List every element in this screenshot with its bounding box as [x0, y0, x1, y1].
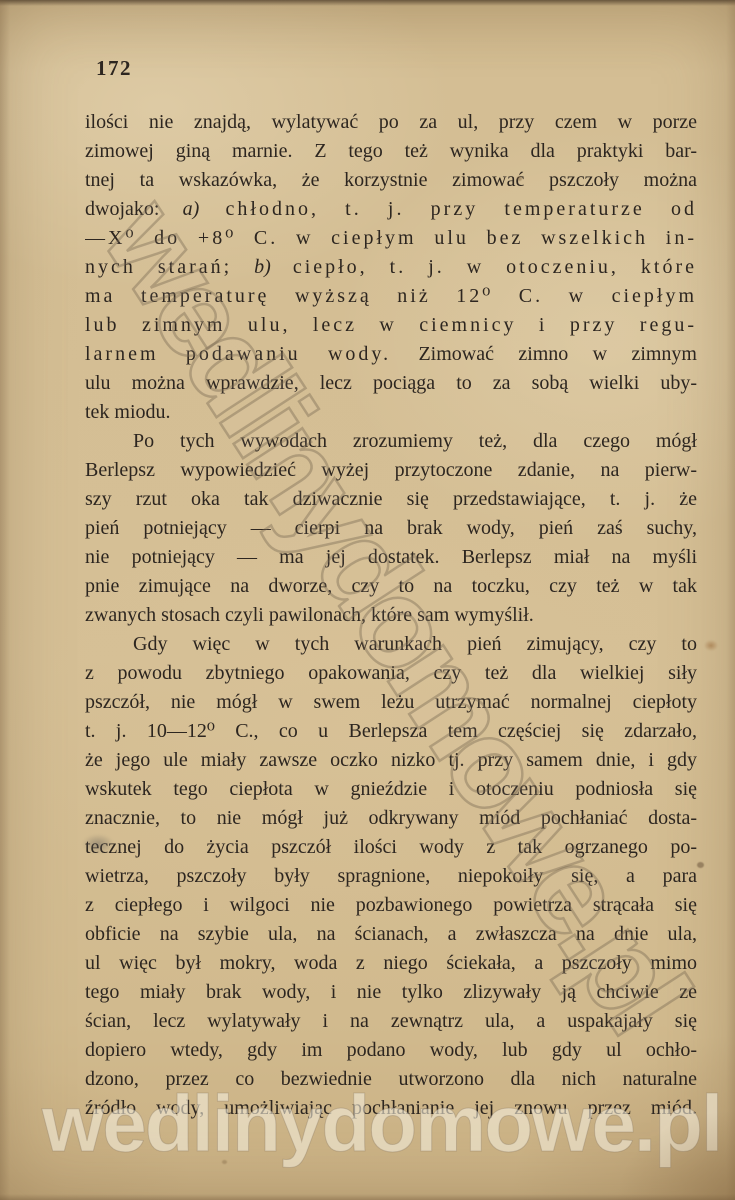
text-line: pnie zimujące na dworze, czy to na toczk… — [85, 572, 697, 601]
text-segment-normal: pszczół, nie mógł w swem leżu utrzymać n… — [85, 691, 697, 713]
text-segment-normal: wietrza, pszczoły były spragnione, niepo… — [85, 865, 697, 887]
text-segment-normal: ulu można wprawdzie, lecz pociąga to za … — [85, 372, 697, 394]
book-page-scan: 172 ilości nie znajdą, wylatywać po za u… — [0, 0, 735, 1200]
text-line: tek miodu. — [85, 398, 697, 427]
text-line: ulu można wprawdzie, lecz pociąga to za … — [85, 369, 697, 398]
text-line: tnej ta wskazówka, że korzystnie zimować… — [85, 166, 697, 195]
text-segment-normal: Po tych wywodach zrozumiemy też, dla cze… — [133, 430, 697, 452]
text-line: z ciepłego i wilgoci nie pozbawionego po… — [85, 891, 697, 920]
text-segment-normal: ilości nie znajdą, wylatywać po za ul, p… — [85, 111, 697, 133]
text-segment-normal: tego miały brak wody, i nie tylko zlizyw… — [85, 981, 697, 1003]
text-segment-normal: tnej ta wskazówka, że korzystnie zimować… — [85, 169, 697, 191]
text-line: ma temperaturę wyższą niż 12⁰ C. w ciepł… — [85, 282, 697, 311]
text-line: szy rzut oka tak dziwacznie się przedsta… — [85, 485, 697, 514]
text-segment-normal: szy rzut oka tak dziwacznie się przedsta… — [85, 488, 697, 510]
text-line: ilości nie znajdą, wylatywać po za ul, p… — [85, 108, 697, 137]
paragraph: Po tych wywodach zrozumiemy też, dla cze… — [85, 427, 697, 630]
text-segment-normal: Zimować zimno w zimnym — [418, 343, 697, 365]
text-segment-normal: t. j. 10—12⁰ C., co u Berlepsza tem częś… — [85, 720, 697, 742]
text-line: z powodu zbytniego opakowania, czy też d… — [85, 659, 697, 688]
text-line: że jego ule miały zawsze oczko nizko tj.… — [85, 746, 697, 775]
text-line: Berlepsz wypowiedzieć wyżej przytoczone … — [85, 456, 697, 485]
page-top-edge-shadow — [0, 0, 735, 6]
page-left-edge-shadow — [0, 0, 10, 1200]
text-segment-normal: znacznie, to nie mógł już odkrywany miód… — [85, 807, 697, 829]
page-body: ilości nie znajdą, wylatywać po za ul, p… — [85, 108, 697, 1123]
text-line: ścian, lecz wylatywały i na zewnątrz ula… — [85, 1007, 697, 1036]
text-line: t. j. 10—12⁰ C., co u Berlepsza tem częś… — [85, 717, 697, 746]
text-segment-normal: dopiero wtedy, gdy im podano wody, lub g… — [85, 1039, 697, 1061]
page-number: 172 — [96, 56, 132, 81]
text-line: dzono, przez co bezwiednie utworzono dla… — [85, 1065, 697, 1094]
text-segment-normal: z ciepłego i wilgoci nie pozbawionego po… — [85, 894, 697, 916]
text-line: wskutek tego ciepłota w gnieździe i otoc… — [85, 775, 697, 804]
text-segment-italic: a) — [183, 198, 200, 220]
text-segment-normal: dwojako: — [85, 198, 183, 220]
text-segment-normal: Berlepsz wypowiedzieć wyżej przytoczone … — [85, 459, 697, 481]
text-segment-spaced: chłodno, t. j. przy temperaturze od — [199, 198, 697, 220]
text-line: larnem podawaniu wody. Zimować zimno w z… — [85, 340, 697, 369]
text-segment-spaced: ciepło, t. j. w otoczeniu, które — [271, 256, 697, 278]
text-segment-normal: nie potniejący — ma jej dostatek. Berlep… — [85, 546, 697, 568]
paper-stain — [615, 1110, 735, 1200]
text-line: nych starań; b) ciepło, t. j. w otoczeni… — [85, 253, 697, 282]
text-line: znacznie, to nie mógł już odkrywany miód… — [85, 804, 697, 833]
text-line: dopiero wtedy, gdy im podano wody, lub g… — [85, 1036, 697, 1065]
paper-stain — [704, 640, 718, 651]
text-segment-normal: źródło wody, umożliwiając pochłanianie j… — [85, 1097, 697, 1119]
paragraph: ilości nie znajdą, wylatywać po za ul, p… — [85, 108, 697, 427]
text-segment-spaced: lub zimnym ulu, lecz w ciemnicy i przy r… — [85, 314, 697, 336]
text-line: ul więc był mokry, woda z niego ściekała… — [85, 949, 697, 978]
text-line: —X⁰ do +8⁰ C. w ciepłym ulu bez wszelkic… — [85, 224, 697, 253]
paragraph: Gdy więc w tych warunkach pień zimujący,… — [85, 630, 697, 1123]
text-segment-normal: zimowej giną marnie. Z tego też wynika d… — [85, 140, 697, 162]
text-segment-normal: pień potniejący — cierpi na brak wody, p… — [85, 517, 697, 539]
text-segment-normal: tecznej do życia pszczół ilości wody z t… — [85, 836, 697, 858]
text-line: nie potniejący — ma jej dostatek. Berlep… — [85, 543, 697, 572]
text-segment-normal: pnie zimujące na dworze, czy to na toczk… — [85, 575, 697, 597]
paper-stain — [222, 1160, 227, 1164]
text-segment-normal: wskutek tego ciepłota w gnieździe i otoc… — [85, 778, 697, 800]
page-right-edge-shadow — [726, 0, 735, 1200]
text-segment-normal: dzono, przez co bezwiednie utworzono dla… — [85, 1068, 697, 1090]
text-segment-spaced: nych starań; — [85, 256, 254, 278]
paper-stain — [697, 862, 704, 868]
text-line: dwojako: a) chłodno, t. j. przy temperat… — [85, 195, 697, 224]
page-bottom-edge-shadow — [0, 1194, 735, 1200]
text-segment-normal: Gdy więc w tych warunkach pień zimujący,… — [133, 633, 697, 655]
text-segment-italic: b) — [254, 256, 271, 278]
text-line: Po tych wywodach zrozumiemy też, dla cze… — [85, 427, 697, 456]
text-line: źródło wody, umożliwiając pochłanianie j… — [85, 1094, 697, 1123]
text-line: tecznej do życia pszczół ilości wody z t… — [85, 833, 697, 862]
text-segment-normal: zwanych stosach czyli pawilonach, które … — [85, 604, 534, 626]
text-line: zimowej giną marnie. Z tego też wynika d… — [85, 137, 697, 166]
text-line: obficie na szybie ula, na ścianach, a zw… — [85, 920, 697, 949]
text-segment-normal: obficie na szybie ula, na ścianach, a zw… — [85, 923, 697, 945]
text-segment-spaced: ma temperaturę wyższą niż 12⁰ C. w ciepł… — [85, 285, 697, 307]
text-line: pszczół, nie mógł w swem leżu utrzymać n… — [85, 688, 697, 717]
text-line: lub zimnym ulu, lecz w ciemnicy i przy r… — [85, 311, 697, 340]
text-segment-normal: z powodu zbytniego opakowania, czy też d… — [85, 662, 697, 684]
text-line: Gdy więc w tych warunkach pień zimujący,… — [85, 630, 697, 659]
text-segment-normal: że jego ule miały zawsze oczko nizko tj.… — [85, 749, 697, 771]
text-segment-spaced: —X⁰ do +8⁰ C. w ciepłym ulu bez wszelkic… — [85, 227, 697, 249]
text-line: pień potniejący — cierpi na brak wody, p… — [85, 514, 697, 543]
text-segment-normal: ul więc był mokry, woda z niego ściekała… — [85, 952, 697, 974]
text-line: tego miały brak wody, i nie tylko zlizyw… — [85, 978, 697, 1007]
text-segment-normal: tek miodu. — [85, 401, 171, 423]
text-line: wietrza, pszczoły były spragnione, niepo… — [85, 862, 697, 891]
text-segment-normal: ścian, lecz wylatywały i na zewnątrz ula… — [85, 1010, 697, 1032]
text-segment-spaced: larnem podawaniu wody. — [85, 343, 418, 365]
text-line: zwanych stosach czyli pawilonach, które … — [85, 601, 697, 630]
